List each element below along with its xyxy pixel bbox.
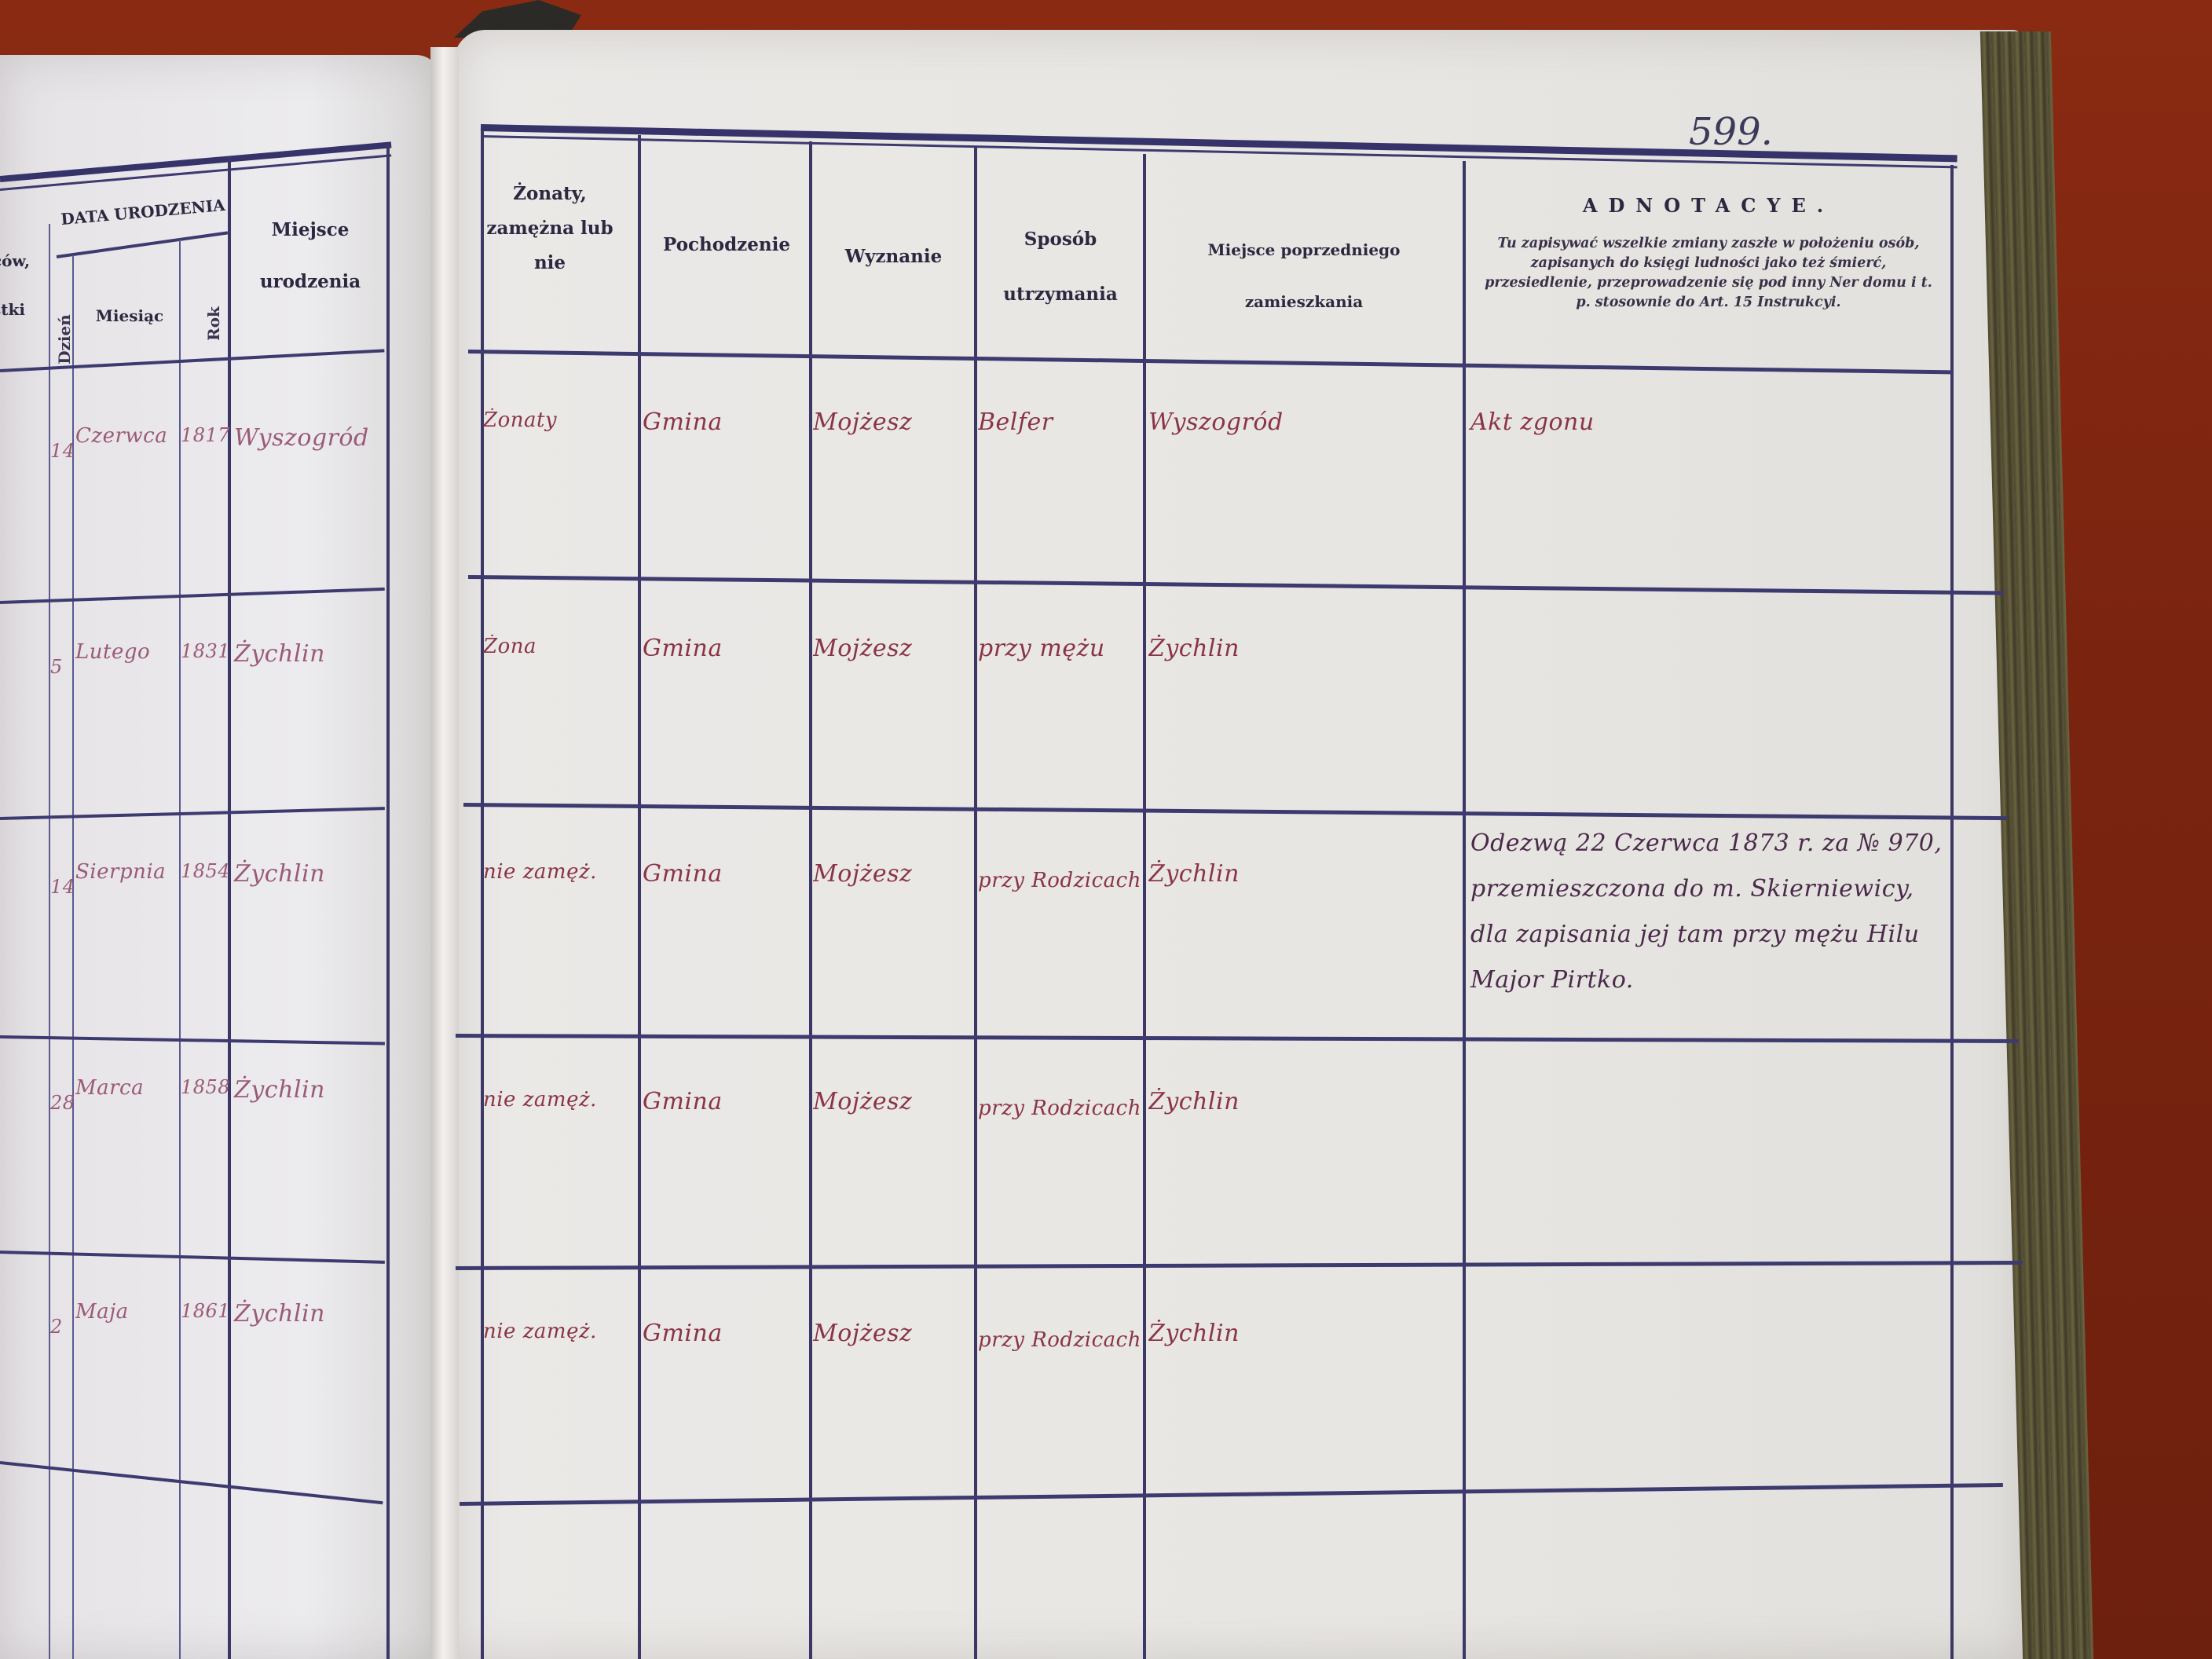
left-row-month: Sierpnia: [75, 860, 166, 884]
right-row-religion: Mojżesz: [813, 1320, 974, 1347]
right-row-previous-residence: Żychlin: [1148, 860, 1459, 888]
right-row-religion: Mojżesz: [813, 1088, 974, 1115]
left-row-month: Lutego: [75, 640, 150, 664]
right-row-marital: nie zamęż.: [483, 1320, 636, 1343]
origin-header: Pochodzenie: [640, 228, 813, 262]
left-row-day: 28: [50, 1092, 75, 1114]
left-row-year: 1861: [181, 1300, 230, 1322]
left-row-birthplace: Żychlin: [234, 1300, 325, 1328]
right-row-religion: Mojżesz: [813, 635, 974, 662]
right-row-livelihood: przy mężu: [978, 635, 1143, 662]
birthplace-header: Miejsce urodzenia: [236, 204, 385, 308]
right-row-origin: Gmina: [643, 408, 808, 436]
left-vrule-2: [72, 255, 74, 1659]
right-row-origin: Gmina: [643, 1320, 808, 1347]
right-row-marital: nie zamęż.: [483, 1088, 636, 1111]
page-number: 599.: [1689, 110, 1773, 154]
right-row-previous-residence: Wyszogród: [1148, 408, 1459, 436]
right-row-origin: Gmina: [643, 860, 808, 888]
right-row-livelihood: przy Rodzicach: [978, 1320, 1143, 1361]
right-row-religion: Mojżesz: [813, 408, 974, 436]
left-row-year: 1858: [181, 1076, 230, 1098]
year-header: Rok: [204, 306, 223, 341]
right-row-previous-residence: Żychlin: [1148, 1320, 1459, 1347]
left-row-year: 1817: [181, 424, 230, 446]
left-vrule-5: [386, 145, 390, 1659]
right-row-religion: Mojżesz: [813, 860, 974, 888]
annotations-instruction: Tu zapisywać wszelkie zmiany zaszłe w po…: [1485, 234, 1932, 313]
partial-column-header: ców, stki: [0, 244, 39, 327]
right-vrule-3: [974, 148, 977, 1659]
partial-header-line2: stki: [0, 292, 39, 327]
right-row-previous-residence: Żychlin: [1148, 1088, 1459, 1115]
left-row-day: 5: [50, 656, 63, 678]
right-row-annotation: Odezwą 22 Czerwca 1873 r. za № 970, prze…: [1470, 821, 1950, 1003]
left-row-birthplace: Żychlin: [234, 860, 325, 888]
left-row-year: 1854: [181, 860, 230, 882]
left-row-day: 14: [50, 876, 75, 898]
right-row-annotation: Akt zgonu: [1470, 408, 1950, 436]
right-vrule-0: [481, 130, 484, 1659]
marital-header-text: Żonaty, zamężna lub nie: [486, 183, 613, 273]
left-row-day: 14: [50, 440, 75, 462]
left-row-month: Czerwca: [75, 424, 167, 448]
left-row-birthplace: Żychlin: [234, 1076, 325, 1104]
right-vrule-1: [638, 135, 641, 1659]
right-row-origin: Gmina: [643, 1088, 808, 1115]
left-row-year: 1831: [181, 640, 230, 662]
right-vrule-2: [809, 141, 812, 1659]
left-vrule-3: [179, 240, 181, 1659]
left-row-month: Marca: [75, 1076, 144, 1100]
right-row-marital: nie zamęż.: [483, 860, 636, 884]
right-row-livelihood: przy Rodzicach: [978, 860, 1143, 901]
marital-status-header: Żonaty, zamężna lub nie: [471, 177, 628, 280]
birthplace-header-text: Miejsce urodzenia: [260, 219, 361, 292]
annotations-header: ADNOTACYE. Tu zapisywać wszelkie zmiany …: [1469, 189, 1948, 313]
day-header: Dzień: [55, 314, 74, 364]
left-row-birthplace: Wyszogród: [234, 424, 368, 452]
partial-header-line1: ców,: [0, 244, 39, 278]
previous-residence-header: Miejsce poprzedniego zamieszkania: [1147, 224, 1461, 328]
right-vrule-4: [1143, 154, 1146, 1659]
left-row-month: Maja: [75, 1300, 129, 1324]
left-row-day: 2: [50, 1316, 63, 1338]
right-row-origin: Gmina: [643, 635, 808, 662]
livelihood-header: Sposób utrzymania: [978, 212, 1143, 322]
religion-header: Wyznanie: [813, 240, 974, 274]
right-vrule-6: [1950, 165, 1954, 1659]
right-row-previous-residence: Żychlin: [1148, 635, 1459, 662]
right-row-marital: Żona: [483, 635, 636, 658]
previous-residence-header-text: Miejsce poprzedniego zamieszkania: [1208, 240, 1401, 311]
left-row-birthplace: Żychlin: [234, 640, 325, 668]
right-row-livelihood: przy Rodzicach: [978, 1088, 1143, 1129]
right-vrule-5: [1463, 161, 1466, 1659]
right-row-marital: Żonaty: [483, 408, 636, 432]
book-gutter: [430, 47, 459, 1659]
livelihood-header-text: Sposób utrzymania: [1003, 229, 1118, 305]
month-header: Miesiąc: [79, 298, 181, 333]
right-row-livelihood: Belfer: [978, 408, 1143, 436]
left-vrule-4: [228, 157, 231, 1659]
annotations-title: ADNOTACYE.: [1469, 189, 1948, 223]
